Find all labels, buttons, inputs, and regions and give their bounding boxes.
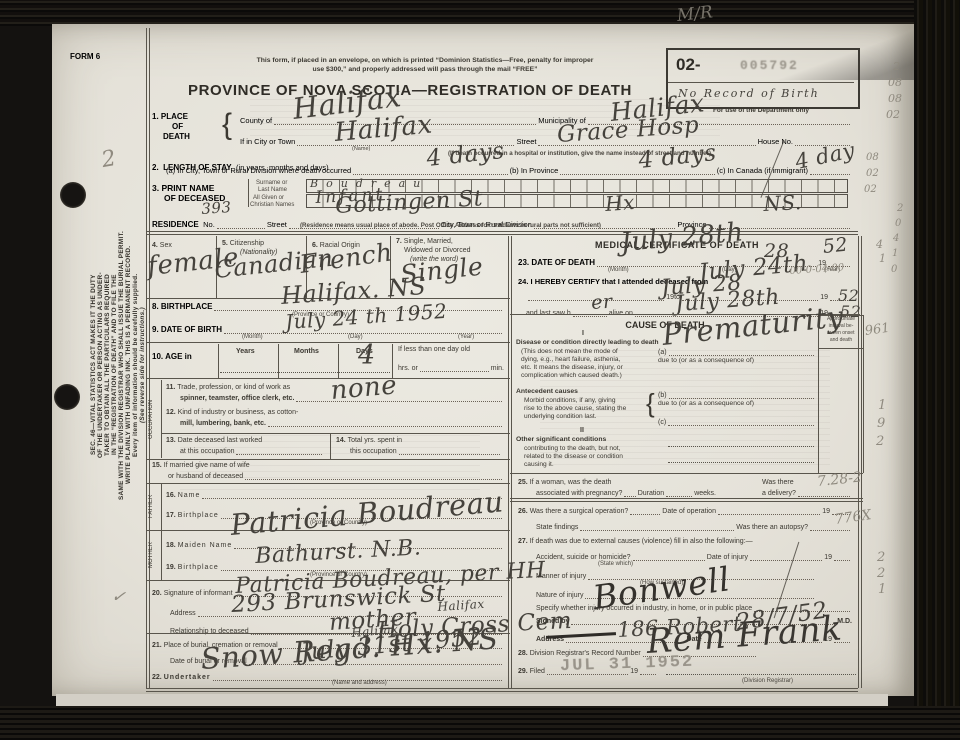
trade-label: Trade, profession, or kind of work as: [177, 384, 290, 391]
stamp-box-divider: [668, 82, 854, 83]
hw-residence-no-value: 393: [201, 198, 232, 218]
other-conditions-label: Other significant conditions: [516, 436, 606, 443]
pencil-mr-mark: M/R: [676, 2, 714, 26]
informant-address-label: Address: [170, 610, 196, 617]
field8-label: 8. BIRTHPLACE: [152, 302, 212, 311]
dotted-line: [669, 390, 814, 399]
dotted-line: [668, 462, 814, 463]
rule: [146, 459, 510, 460]
print-name-label: PRINT NAME: [161, 183, 214, 193]
accident-row: Accident, suicide or homicide? Date of i…: [536, 552, 852, 561]
cause-c-label: (c): [658, 419, 666, 426]
spouse-label: If married give name of wife: [164, 462, 250, 469]
total-years-label: Total yrs. spent in: [348, 437, 402, 444]
years-header: Years: [236, 348, 255, 355]
dotted-line: [580, 522, 734, 531]
stay-c-label: (c) In Canada (if immigrant): [717, 166, 808, 175]
field13-line1: 13. Date deceased last worked: [166, 437, 262, 444]
surname-label2: Last Name: [258, 187, 287, 193]
dotted-line: [633, 552, 705, 561]
interval-line4: and death: [830, 337, 852, 343]
field26: 26. Was there a surgical operation?: [518, 508, 628, 515]
min-label: min.: [491, 365, 504, 372]
dotted-line: [624, 488, 635, 497]
less-than-day-label: If less than one day old: [398, 346, 470, 353]
field1-of: OF: [172, 122, 183, 131]
nature-label: Nature of injury: [536, 592, 583, 599]
field1-death: DEATH: [163, 132, 190, 141]
pencil-mark: 02: [866, 168, 879, 179]
field15-line1: 15. If married give name of wife: [152, 462, 250, 469]
dotted-line: [750, 552, 822, 561]
field12-line2: mill, lumbering, bank, etc.: [180, 418, 504, 427]
field13-line2: at this occupation: [180, 446, 324, 455]
dotted-line: [420, 363, 489, 372]
field2-no: 2.: [152, 163, 159, 172]
field9-label: 9. DATE OF BIRTH: [152, 325, 222, 334]
field23: 23. DATE OF DEATH: [518, 258, 595, 267]
dob-text: DATE OF BIRTH: [161, 325, 222, 334]
pregnancy-label2: associated with pregnancy?: [536, 490, 622, 497]
pencil-mark: 4: [893, 233, 899, 244]
field23-no: 23.: [518, 258, 529, 267]
scanner-bed-bottom: [0, 706, 960, 740]
due-to-label2: due to (or as a consequence of): [658, 400, 754, 407]
field9-no: 9.: [152, 325, 159, 334]
dotted-line: [666, 674, 856, 675]
hrs-label: hrs. or: [398, 365, 418, 372]
pencil-mark: 08: [866, 152, 879, 163]
antecedent-note1: Morbid conditions, if any, giving: [524, 397, 616, 404]
date-of-death-label: DATE OF DEATH: [531, 258, 595, 267]
father-name-label: Name: [178, 492, 201, 499]
dotted-line: [245, 471, 502, 480]
field27-heading: 27. If death was due to external causes …: [518, 538, 753, 545]
year-prefix: 19: [824, 554, 832, 561]
field17: 17. Birthplace: [166, 512, 219, 519]
field26-row2: State findings Was there an autopsy?: [536, 522, 852, 531]
filed-label: Filed: [530, 668, 545, 675]
field1-city-row: If in City or Town Street House No.: [240, 137, 852, 146]
month-caption: (Month): [608, 267, 629, 273]
field11-line1: 11. Trade, profession, or kind of work a…: [166, 384, 290, 391]
field28-no: 28.: [518, 650, 528, 657]
dotted-line: [834, 552, 850, 561]
cause-box-right: [863, 315, 864, 473]
year-caption: (Year): [458, 334, 474, 340]
dotted-line: [668, 446, 814, 447]
signed-by-label: Signed by: [536, 618, 569, 625]
hw-saw-her: er: [590, 291, 613, 314]
double-rule: [146, 688, 858, 692]
residence-caption: (Residence means usual place of abode. P…: [300, 222, 601, 229]
cause-b-row: (b): [658, 390, 816, 399]
notice-line: SAME WITH THE DIVISION REGISTRAR WHO SHA…: [118, 132, 125, 598]
divider: [248, 179, 249, 207]
pencil-mark: 1: [879, 252, 886, 265]
age-label: 10. AGE in: [152, 352, 192, 361]
field21-no: 21.: [152, 642, 162, 649]
dotted-line: [718, 506, 820, 515]
field14-no: 14.: [336, 437, 346, 444]
cause-b-label: (b): [658, 392, 667, 399]
delivery-label: a delivery?: [762, 490, 796, 497]
antecedent-note3: underlying condition last.: [524, 413, 597, 420]
duration-label: Duration: [638, 490, 664, 497]
hw-province-value: NS.: [763, 190, 803, 216]
dotted-line: [666, 488, 692, 497]
name-caption: (Name): [352, 146, 370, 152]
surname-label1: Surname or: [256, 180, 287, 186]
field29-no: 29.: [518, 668, 528, 675]
cause-note1: (This does not mean the mode of: [521, 348, 618, 355]
rule: [146, 378, 510, 379]
antecedent-brace: {: [646, 388, 655, 419]
antecedent-label: Antecedent causes: [516, 388, 578, 395]
stay-b-label: (b) In Province: [510, 166, 559, 175]
mother-birthplace-label: Birthplace: [178, 564, 219, 571]
autopsy-label: Was there an autopsy?: [736, 524, 808, 531]
pencil-mark: 0: [895, 218, 901, 229]
pencil-mark: 9: [877, 416, 885, 431]
punch-hole: [54, 384, 80, 410]
field11-no: 11.: [166, 384, 175, 391]
due-to-label: due to (or as a consequence of): [658, 357, 754, 364]
father-birthplace-label: Birthplace: [178, 512, 219, 519]
residence-label: RESIDENCE: [152, 220, 199, 229]
pencil-mark: 02: [864, 184, 877, 195]
rule: [161, 433, 510, 434]
mother-group-label: MOTHER: [148, 532, 154, 578]
notice-line: OF THE UNDERTAKER OR PERSON ACTING AS UN…: [97, 132, 104, 598]
county-label: County of: [240, 116, 272, 125]
field17-no: 17.: [166, 512, 176, 519]
cause-note2: dying, e.g., heart failure, asthenia,: [521, 356, 620, 363]
division-registrar-caption: (Division Registrar): [742, 678, 793, 684]
sex-label: 4. Sex: [152, 242, 172, 249]
dotted-line: [630, 506, 660, 515]
stamp-serial-number: 005792: [740, 58, 799, 73]
year-prefix: 19: [822, 508, 830, 515]
field26-no: 26.: [518, 508, 528, 515]
scanner-bed-top: [0, 0, 960, 26]
pencil-checkmark: ✓: [110, 586, 127, 608]
field18-no: 18.: [166, 542, 176, 549]
group-divider: [161, 483, 162, 530]
house-no-label: House No.: [758, 137, 793, 146]
trade-examples: spinner, teamster, office clerk, etc.: [180, 395, 294, 402]
part-one-roman: I: [582, 330, 584, 337]
field1-place: PLACE: [161, 112, 188, 121]
dotted-line: [268, 418, 502, 427]
field14-line2: this occupation: [350, 446, 502, 455]
field10-no: 10.: [152, 352, 163, 361]
field16-no: 16.: [166, 492, 176, 499]
field14-line1: 14. Total yrs. spent in: [336, 437, 402, 444]
pencil-mark: 2: [877, 550, 885, 565]
pencil-mark: 1: [878, 582, 886, 597]
form-number: FORM 6: [70, 52, 100, 61]
delivery-row: a delivery?: [762, 488, 852, 497]
sex-text: Sex: [160, 242, 172, 249]
notice-line: IN THE “REGISTRATION OF DEATH” AND TO FI…: [111, 132, 118, 598]
field22-no: 22.: [152, 674, 162, 681]
total-years-label2: this occupation: [350, 448, 397, 455]
group-divider: [161, 530, 162, 580]
field7-no: 7.: [396, 238, 402, 245]
external-causes-label: If death was due to external causes (vio…: [530, 538, 753, 545]
field25-line2: associated with pregnancy? Duration week…: [536, 488, 716, 497]
age-text: AGE in: [165, 352, 192, 361]
form-left-border: [146, 28, 150, 688]
field4-no: 4.: [152, 242, 158, 249]
pencil-mark: 1: [892, 248, 898, 259]
part-two-roman: II: [580, 427, 584, 434]
hw-death-date-year: 52: [822, 233, 849, 258]
hw-age-days-value: 4: [358, 340, 376, 371]
given-label1: All Given or: [253, 195, 284, 201]
field24-no: 24.: [518, 277, 528, 286]
informant-label: Signature of informant: [164, 590, 233, 597]
given-label2: Christian Names: [250, 202, 294, 208]
notice-line: (See reverse side for instructions.): [139, 132, 146, 598]
field16: 16. Name: [166, 492, 200, 499]
father-group-label: FATHER: [148, 485, 154, 528]
envelope-note-line2: use $300,” and properly addressed will p…: [205, 66, 645, 73]
hrs-min-row: hrs. or min.: [398, 363, 504, 372]
dotted-line: [236, 446, 322, 455]
field18: 18. Maiden Name: [166, 542, 232, 549]
pencil-mark: 08: [888, 92, 902, 105]
pencil-mark: 02: [886, 108, 900, 121]
field25-line1: 25. If a woman, was the death: [518, 479, 611, 486]
city-label: If in City or Town: [240, 137, 295, 146]
maiden-name-label: Maiden Name: [178, 542, 233, 549]
hw-division-value: Hx: [604, 190, 635, 216]
notice-line: WRITE PLAINLY WITH UNFADING INK. THIS IS…: [125, 132, 132, 598]
field8-no: 8.: [152, 302, 159, 311]
dotted-line: [296, 393, 502, 402]
pencil-mark: 2: [877, 566, 885, 581]
double-rule: [510, 498, 863, 502]
field12-no: 12.: [166, 409, 176, 416]
spouse-label2: or husband of deceased: [168, 473, 243, 480]
field15-line2: or husband of deceased: [168, 471, 504, 480]
cause-note3: etc. It means the disease, injury, or: [521, 364, 623, 371]
punch-hole: [60, 182, 86, 208]
field1-brace: {: [222, 108, 232, 142]
pencil-mark: 2: [897, 203, 903, 214]
was-there-label: Was there: [762, 479, 794, 486]
rule: [146, 342, 510, 343]
manner-label: Manner of injury: [536, 573, 586, 580]
field1-number-label: 1. PLACE: [152, 112, 188, 121]
accident-label: Accident, suicide or homicide?: [536, 554, 631, 561]
field20: 20. Signature of informant: [152, 590, 233, 597]
notice-line: SEC. 46—VITAL STATISTICS ACT MAKES IT TH…: [90, 132, 97, 598]
occupation-group-label: OCCUPATION: [148, 382, 154, 456]
residence-no-label: No.: [203, 220, 215, 229]
page-title: PROVINCE OF NOVA SCOTIA—REGISTRATION OF …: [188, 82, 632, 99]
pencil-mark: 0: [891, 264, 897, 275]
field29: 29. Filed: [518, 668, 545, 675]
residence-street-label: Street: [267, 220, 287, 229]
stay-a-label: (a) In City, Town or Rural Division wher…: [166, 166, 351, 175]
interval-column-divider: [818, 347, 819, 473]
notice-line: Every item of information should be care…: [132, 132, 139, 598]
pencil-mark: 08: [888, 76, 902, 89]
field19: 19. Birthplace: [166, 564, 219, 571]
street-label: Street: [516, 137, 536, 146]
antecedent-note2: rise to the above cause, stating the: [524, 405, 626, 412]
field3-no: 3.: [152, 183, 159, 193]
field12-line1: 12. Kind of industry or business, as cot…: [166, 409, 298, 416]
month-caption: (Month): [242, 334, 263, 340]
scanner-bed-right: [914, 0, 960, 740]
pencil-mark: 4: [876, 238, 883, 251]
field2-row: (a) In City, Town or Rural Division wher…: [166, 166, 852, 175]
field20-no: 20.: [152, 590, 162, 597]
dotted-line: [399, 446, 500, 455]
marital-label1: 7. Single, Married,: [396, 238, 453, 245]
pencil-mark: 2: [893, 60, 900, 73]
operation-label: Was there a surgical operation?: [530, 508, 629, 515]
field15-no: 15.: [152, 462, 162, 469]
pencil-mark: 2: [876, 434, 884, 449]
rule: [146, 483, 510, 484]
cause-note4: complication which caused death.): [521, 372, 622, 379]
findings-label: State findings: [536, 524, 578, 531]
field3-print-name: 3. PRINT NAME: [152, 183, 214, 193]
field26-row1: 26. Was there a surgical operation? Date…: [518, 506, 852, 515]
last-worked-label: Date deceased last worked: [178, 437, 262, 444]
marital-text1: Single, Married,: [404, 238, 453, 245]
field1-no: 1.: [152, 112, 159, 121]
field25-no: 25.: [518, 479, 528, 486]
statutory-notice-vertical: SEC. 46—VITAL STATISTICS ACT MAKES IT TH…: [90, 132, 146, 598]
cause-c-row: (c): [658, 417, 816, 426]
cell-divider: [330, 433, 331, 459]
rule: [510, 473, 863, 474]
other-note1: contributing to the death, but not,: [524, 445, 620, 452]
industry-label: Kind of industry or business, as cotton-: [178, 409, 299, 416]
last-worked-label2: at this occupation: [180, 448, 234, 455]
operation-date-label: Date of operation: [662, 508, 716, 515]
field27-no: 27.: [518, 538, 528, 545]
pencil-mark: 1: [878, 398, 886, 413]
pregnancy-label1: If a woman, was the death: [530, 479, 612, 486]
dotted-line: [217, 220, 265, 229]
undertaker-caption: (Name and address): [332, 680, 387, 686]
birthplace-text: BIRTHPLACE: [161, 302, 213, 311]
stamp-prefix: 02-: [676, 55, 701, 75]
weeks-label: weeks.: [694, 490, 716, 497]
group-divider: [161, 380, 162, 458]
hw-trade-value: none: [329, 370, 398, 406]
dotted-line: [668, 417, 814, 426]
cause-lead-label: Disease or condition directly leading to…: [516, 339, 659, 346]
notice-line: TAKER TO OBTAIN ALL THE PARTICULARS REQU…: [104, 132, 111, 598]
cell-divider: [218, 344, 219, 378]
field13-no: 13.: [166, 437, 176, 444]
industry-examples: mill, lumbering, bank, etc.: [180, 420, 266, 427]
months-header: Months: [294, 348, 319, 355]
state-which-caption: (State which): [598, 561, 633, 567]
other-note2: related to the disease or condition: [524, 453, 623, 460]
double-rule: [146, 231, 858, 235]
field19-no: 19.: [166, 564, 176, 571]
other-note3: causing it.: [524, 461, 554, 468]
envelope-note-line1: This form, if placed in an envelope, on …: [205, 57, 645, 64]
